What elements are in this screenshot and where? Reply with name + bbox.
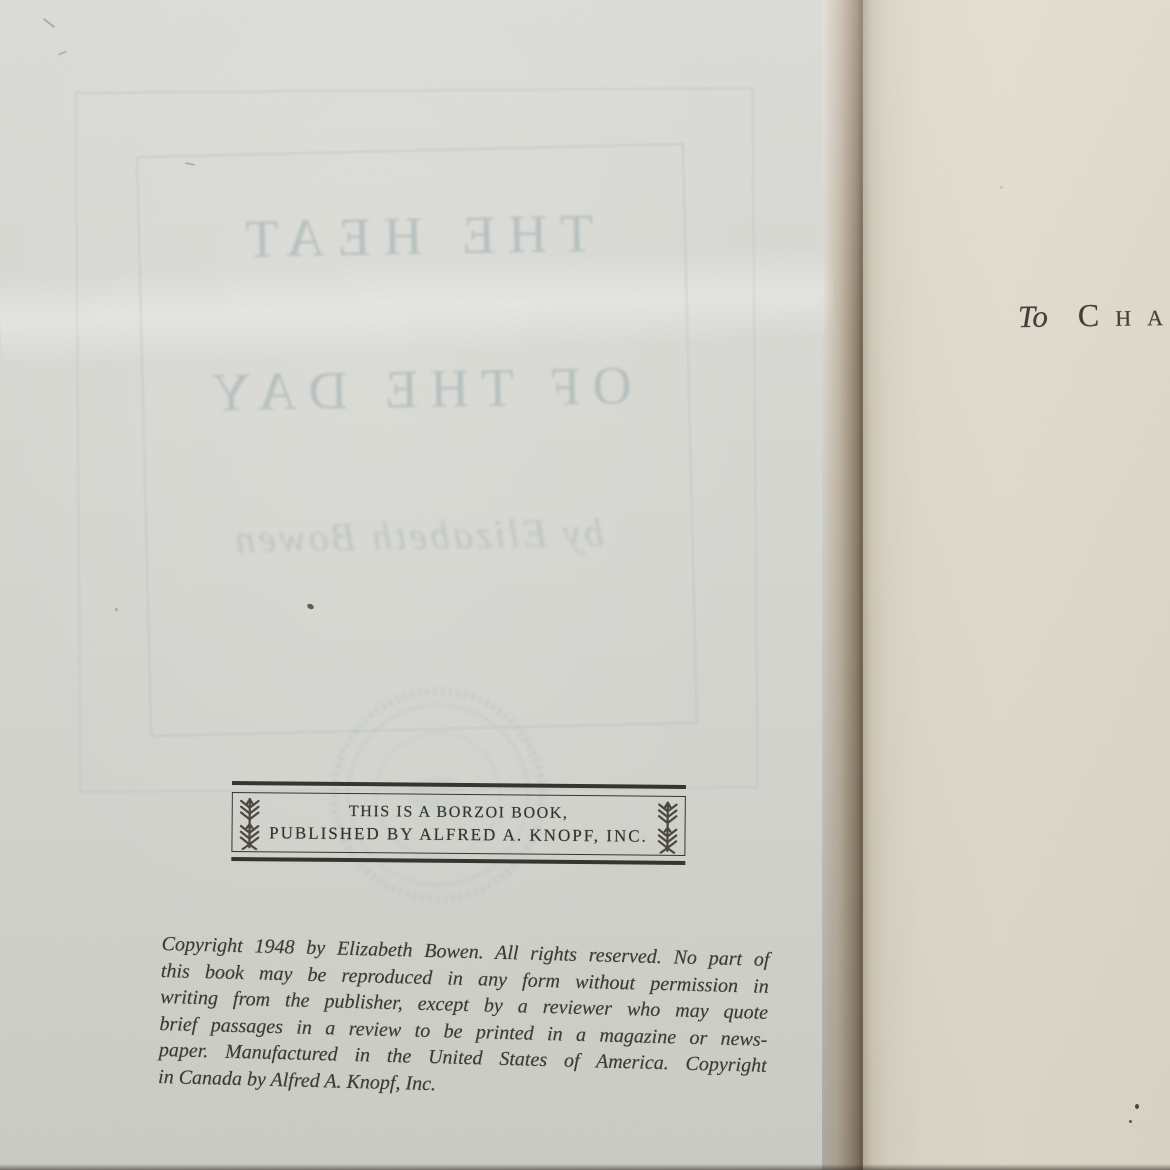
borzoi-line1: THIS IS A BORZOI BOOK, [233, 802, 685, 824]
copyright-text: Copyright 1948 by Elizabeth Bowen. All r… [158, 931, 770, 1106]
dust-speck [1135, 1104, 1139, 1109]
borzoi-line2: PUBLISHED BY ALFRED A. KNOPF, INC. [232, 823, 684, 847]
copyright-page: THE HEAT OF THE DAY by Elizabeth Bowen [0, 0, 834, 1170]
dedication-page [863, 0, 1170, 1170]
borzoi-box-inner: THIS IS A BORZOI BOOK, PUBLISHED BY ALFR… [231, 792, 686, 856]
dedication-to: To [1018, 299, 1048, 334]
dedication-name: Cha [1078, 296, 1170, 333]
leaf-ornament-left-icon [237, 796, 261, 850]
book-photo: THE HEAT OF THE DAY by Elizabeth Bowen [0, 0, 1170, 1170]
dedication-text: ToCha [1018, 296, 1170, 335]
photo-bottom-shadow [0, 1164, 1170, 1170]
dust-speck [1000, 186, 1003, 189]
borzoi-notice-box: THIS IS A BORZOI BOOK, PUBLISHED BY ALFR… [231, 781, 686, 865]
dust-speck [115, 608, 118, 611]
page-gutter-shading [822, 0, 866, 1170]
leaf-ornament-right-icon [655, 800, 679, 854]
dust-speck [1129, 1120, 1132, 1123]
